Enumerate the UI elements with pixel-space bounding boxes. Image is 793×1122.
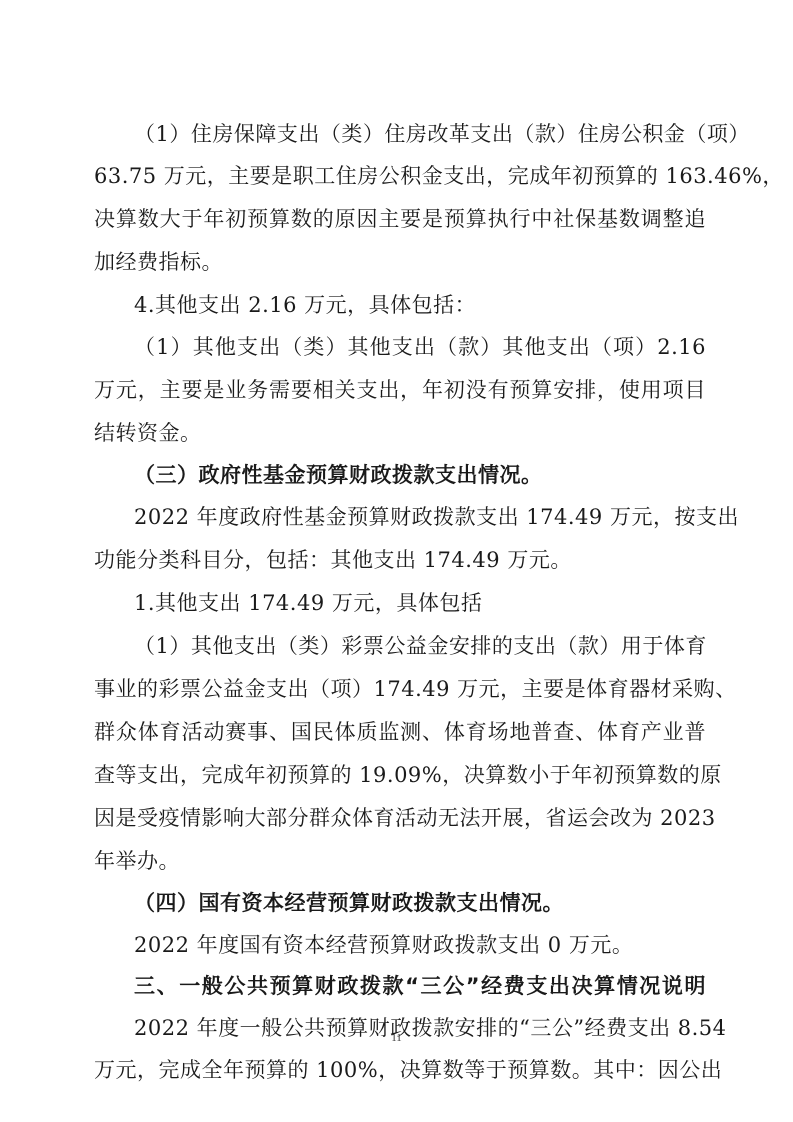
page-number: 11 bbox=[0, 1032, 793, 1044]
paragraph-line: （1）其他支出（类）其他支出（款）其他支出（项）2.16 bbox=[134, 333, 706, 361]
paragraph-line: 决算数大于年初预算数的原因主要是预算执行中社保基数调整追 bbox=[94, 205, 706, 233]
list-heading: 1.其他支出 174.49 万元，具体包括 bbox=[134, 589, 706, 617]
paragraph-line: 群众体育活动赛事、国民体质监测、体育场地普查、体育产业普 bbox=[94, 718, 706, 746]
paragraph-line: 功能分类科目分，包括：其他支出 174.49 万元。 bbox=[94, 546, 706, 574]
section-heading: （四）国有资本经营预算财政拨款支出情况。 bbox=[134, 889, 706, 917]
paragraph-line: 万元，主要是业务需要相关支出，年初没有预算安排，使用项目 bbox=[94, 376, 706, 404]
paragraph-line: （1）其他支出（类）彩票公益金安排的支出（款）用于体育 bbox=[134, 632, 706, 660]
paragraph-line: 2022 年度政府性基金预算财政拨款支出 174.49 万元，按支出 bbox=[134, 503, 706, 531]
chapter-heading: 三、一般公共预算财政拨款“三公”经费支出决算情况说明 bbox=[134, 972, 706, 1000]
paragraph-line: 结转资金。 bbox=[94, 419, 706, 447]
paragraph-line: 年举办。 bbox=[94, 847, 706, 875]
paragraph-line: 2022 年度国有资本经营预算财政拨款支出 0 万元。 bbox=[134, 931, 706, 959]
paragraph-line: 加经费指标。 bbox=[94, 248, 706, 276]
paragraph-line: （1）住房保障支出（类）住房改革支出（款）住房公积金（项） bbox=[134, 120, 706, 148]
document-page: （1）住房保障支出（类）住房改革支出（款）住房公积金（项） 63.75 万元，主… bbox=[0, 0, 793, 1122]
paragraph-line: 万元，完成全年预算的 100%，决算数等于预算数。其中：因公出 bbox=[94, 1056, 706, 1084]
list-heading: 4.其他支出 2.16 万元，具体包括： bbox=[134, 291, 706, 319]
paragraph-line: 事业的彩票公益金支出（项）174.49 万元，主要是体育器材采购、 bbox=[94, 675, 706, 703]
paragraph-line: 查等支出，完成年初预算的 19.09%，决算数小于年初预算数的原 bbox=[94, 761, 706, 789]
paragraph-line: 63.75 万元，主要是职工住房公积金支出，完成年初预算的 163.46%， bbox=[94, 162, 706, 190]
section-heading: （三）政府性基金预算财政拨款支出情况。 bbox=[134, 461, 706, 489]
paragraph-line: 因是受疫情影响大部分群众体育活动无法开展，省运会改为 2023 bbox=[94, 804, 706, 832]
